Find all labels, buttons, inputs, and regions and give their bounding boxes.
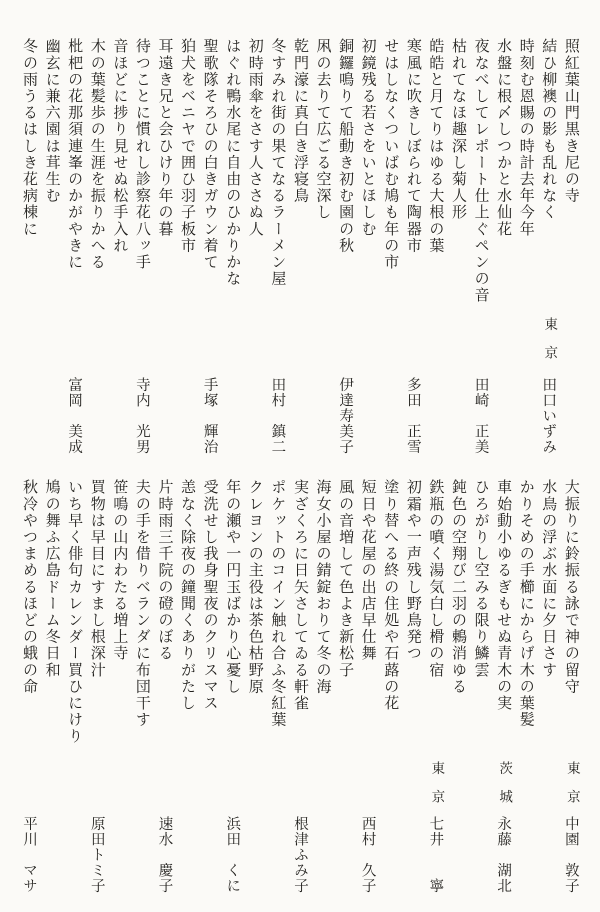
haiku-text: 塗り替へる終の住処や石蕗の花 <box>382 479 398 711</box>
haiku-text: 音ほどに捗り見せぬ松手入れ <box>111 38 127 254</box>
poem-column: 塗り替へる終の住処や石蕗の花 <box>382 456 398 912</box>
poem-column: 笹鳴の山内わたる増上寺 <box>111 456 127 912</box>
haiku-text: クレヨンの主役は茶色枯野原 <box>247 479 263 695</box>
poem-column: 枯れてなほ趣深し菊人形 <box>450 0 466 456</box>
haiku-text: 時刻む恩賜の時計去年今年 <box>518 38 534 237</box>
poem-column: 枇杷の花那須連峯のかがやきに富岡 美成 <box>66 0 82 456</box>
author-name: 平川 マサ <box>21 816 37 894</box>
poem-column: 水盤に根〆しつかと水仙花 <box>495 0 511 456</box>
poem-column: 初時雨傘をさす人ささぬ人 <box>247 0 263 456</box>
haiku-text: かりそめの手櫛にからげ木の葉髪 <box>518 479 534 728</box>
haiku-text: ポケットのコイン触れ合ふ冬紅葉 <box>269 479 285 728</box>
haiku-text: 大振りに鈴振る詠で神の留守 <box>563 479 579 695</box>
haiku-text: ひろがりし空みる限り鱗雲 <box>473 479 489 678</box>
haiku-text: 凩の去りて広ごる空深し <box>315 38 331 221</box>
author-name: 永藤 湖北 <box>495 816 511 894</box>
poem-column: 車始動小ゆるぎもせぬ青木の実茨城永藤 湖北 <box>495 456 511 912</box>
haiku-text: 待つことに慣れし診察花八ッ手 <box>134 38 150 270</box>
haiku-text: 幽玄に兼六園は茸生む <box>44 38 60 204</box>
scanned-haiku-page: 照紅葉山門黒き尼の寺結ひ柳襖の影も乱れなく東京田口いずみ時刻む恩賜の時計去年今年… <box>0 0 600 912</box>
haiku-text: 結ひ柳襖の影も乱れなく <box>540 38 556 221</box>
haiku-text: 恙なく除夜の鐘聞くありがたし <box>179 479 195 711</box>
author-name: 伊達寿美子 <box>337 377 353 455</box>
haiku-text: 受洗せし我身聖夜のクリスマス <box>202 479 218 711</box>
author-name: 浜田 くに <box>224 816 240 894</box>
poem-column: 鈍色の空翔び二羽の鶇消ゆる <box>450 456 466 912</box>
author-prefecture: 茨城 <box>496 761 512 818</box>
poem-column: クレヨンの主役は茶色枯野原 <box>247 456 263 912</box>
poem-column: 秋冷やつまめるほどの蛾の命平川 マサ <box>21 456 37 912</box>
haiku-text: 初鏡残る若さをいとほしむ <box>360 38 376 237</box>
author-name: 根津ふみ子 <box>292 816 308 894</box>
haiku-text: 木の葉髪歩の生涯を振りかへる <box>89 38 105 270</box>
haiku-text: 水盤に根〆しつかと水仙花 <box>495 38 511 237</box>
haiku-text: せはしなくついばむ鳩も年の市 <box>382 38 398 270</box>
author-prefecture: 東京 <box>564 761 580 818</box>
poem-column: 初霜や一声残し野鳥発つ <box>405 456 421 912</box>
haiku-band-lower: 大振りに鈴振る詠で神の留守東京中園 敦子水鳥の浮ぶ水面に夕日さすかりそめの手櫛に… <box>0 456 600 912</box>
poem-column: 大振りに鈴振る詠で神の留守東京中園 敦子 <box>563 456 579 912</box>
author-name: 中園 敦子 <box>563 816 579 894</box>
haiku-text: 鈍色の空翔び二羽の鶇消ゆる <box>450 479 466 695</box>
poem-column: 寒風に吹きしぼられて陶器市多田 正雪 <box>405 0 421 456</box>
poem-column: 聖歌隊そろひの白きガウン着て手塚 輝治 <box>202 0 218 456</box>
poem-column: ポケットのコイン触れ合ふ冬紅葉 <box>269 456 285 912</box>
haiku-text: 海女小屋の錆錠おりて冬の海 <box>315 479 331 695</box>
haiku-text: 夫の手を借りベランダに布団干す <box>134 479 150 728</box>
poem-column: 片時雨三千院の磴のぼる速水 慶子 <box>156 456 172 912</box>
poem-column: 幽玄に兼六園は茸生む <box>44 0 60 456</box>
author-name: 速水 慶子 <box>156 816 172 894</box>
haiku-text: 初時雨傘をさす人ささぬ人 <box>247 38 263 237</box>
author-name: 田口いずみ <box>540 377 556 455</box>
haiku-text: いち早く俳句カレンダー買ひにけり <box>66 479 82 745</box>
haiku-text: 枯れてなほ趣深し菊人形 <box>450 38 466 221</box>
haiku-text: 耳遠き兄と会ひけり年の暮 <box>156 38 172 237</box>
poem-column: 冬の雨うるはしき花病棟に <box>21 0 37 456</box>
poem-column: 狛犬をベニヤで囲ひ羽子板市 <box>179 0 195 456</box>
haiku-text: 照紅葉山門黒き尼の寺 <box>563 38 579 204</box>
author-prefecture: 東京 <box>428 761 444 818</box>
poem-column: 耳遠き兄と会ひけり年の暮 <box>156 0 172 456</box>
poem-column: 海女小屋の錆錠おりて冬の海 <box>315 456 331 912</box>
haiku-text: 初霜や一声残し野鳥発つ <box>405 479 421 662</box>
poem-column: 待つことに慣れし診察花八ッ手寺内 光男 <box>134 0 150 456</box>
poem-column: 銅鑼鳴りて船動き初む園の秋伊達寿美子 <box>337 0 353 456</box>
poem-column: 皓皓と月てりはゆる大根の葉 <box>427 0 443 456</box>
haiku-text: 秋冷やつまめるほどの蛾の命 <box>21 479 37 695</box>
haiku-text: 片時雨三千院の磴のぼる <box>156 479 172 662</box>
haiku-text: 狛犬をベニヤで囲ひ羽子板市 <box>179 38 195 254</box>
haiku-text: 冬すみれ街の果てなるラーメン屋 <box>269 38 285 287</box>
haiku-text: 笹鳴の山内わたる増上寺 <box>111 479 127 662</box>
author-name: 手塚 輝治 <box>202 377 218 455</box>
haiku-text: 寒風に吹きしぼられて陶器市 <box>405 38 421 254</box>
haiku-text: 聖歌隊そろひの白きガウン着て <box>202 38 218 270</box>
poem-column: 初鏡残る若さをいとほしむ <box>360 0 376 456</box>
poem-column: 音ほどに捗り見せぬ松手入れ <box>111 0 127 456</box>
poem-column: 凩の去りて広ごる空深し <box>315 0 331 456</box>
poem-column: いち早く俳句カレンダー買ひにけり <box>66 456 82 912</box>
poem-column: 水鳥の浮ぶ水面に夕日さす <box>540 456 556 912</box>
poem-column: 鉄瓶の噴く湯気白し榾の宿東京七井 寧 <box>427 456 443 912</box>
poem-column: せはしなくついばむ鳩も年の市 <box>382 0 398 456</box>
poem-column: 照紅葉山門黒き尼の寺 <box>563 0 579 456</box>
poem-column: 恙なく除夜の鐘聞くありがたし <box>179 456 195 912</box>
poem-column: 時刻む恩賜の時計去年今年 <box>518 0 534 456</box>
poem-column: 夜なべしてレポート仕上ぐペンの音田崎 正美 <box>473 0 489 456</box>
poem-column: 実ざくろに日矢さしてゐる軒雀根津ふみ子 <box>292 456 308 912</box>
poem-column: 風の音増して色よき新松子 <box>337 456 353 912</box>
poem-column: はぐれ鴨水尾に自由のひかりかな <box>224 0 240 456</box>
poem-column: ひろがりし空みる限り鱗雲 <box>473 456 489 912</box>
author-name: 原田トミ子 <box>89 816 105 894</box>
author-name: 西村 久子 <box>360 816 376 894</box>
poem-column: 買物は早目にすまし根深汁原田トミ子 <box>89 456 105 912</box>
author-name: 寺内 光男 <box>134 377 150 455</box>
haiku-band-upper: 照紅葉山門黒き尼の寺結ひ柳襖の影も乱れなく東京田口いずみ時刻む恩賜の時計去年今年… <box>0 0 600 456</box>
haiku-text: 車始動小ゆるぎもせぬ青木の実 <box>495 479 511 711</box>
author-name: 七井 寧 <box>427 816 443 894</box>
haiku-text: 枇杷の花那須連峯のかがやきに <box>66 38 82 270</box>
haiku-text: 水鳥の浮ぶ水面に夕日さす <box>540 479 556 678</box>
poem-column: 年の瀬や一円玉ばかり心憂し浜田 くに <box>224 456 240 912</box>
author-name: 田村 鎮二 <box>269 377 285 455</box>
poem-column: 木の葉髪歩の生涯を振りかへる <box>89 0 105 456</box>
poem-column: 鳩の舞ふ広島ドーム冬日和 <box>44 456 60 912</box>
author-name: 田崎 正美 <box>473 377 489 455</box>
author-name: 多田 正雪 <box>405 377 421 455</box>
poem-column: 受洗せし我身聖夜のクリスマス <box>202 456 218 912</box>
haiku-text: 銅鑼鳴りて船動き初む園の秋 <box>337 38 353 254</box>
haiku-text: 鉄瓶の噴く湯気白し榾の宿 <box>427 479 443 678</box>
author-name: 富岡 美成 <box>66 377 82 455</box>
haiku-text: 風の音増して色よき新松子 <box>337 479 353 678</box>
author-prefecture: 東京 <box>541 317 557 374</box>
poem-column: 夫の手を借りベランダに布団干す <box>134 456 150 912</box>
haiku-text: 年の瀬や一円玉ばかり心憂し <box>224 479 240 695</box>
haiku-text: 買物は早目にすまし根深汁 <box>89 479 105 678</box>
haiku-text: 短日や花屋の出店早仕舞 <box>360 479 376 662</box>
poem-column: 短日や花屋の出店早仕舞西村 久子 <box>360 456 376 912</box>
haiku-text: 夜なべしてレポート仕上ぐペンの音 <box>473 38 489 304</box>
haiku-text: 皓皓と月てりはゆる大根の葉 <box>427 38 443 254</box>
poem-column: 乾門濠に真白き浮寝鳥 <box>292 0 308 456</box>
haiku-text: 実ざくろに日矢さしてゐる軒雀 <box>292 479 308 711</box>
haiku-text: はぐれ鴨水尾に自由のひかりかな <box>224 38 240 287</box>
haiku-text: 鳩の舞ふ広島ドーム冬日和 <box>44 479 60 678</box>
haiku-text: 乾門濠に真白き浮寝鳥 <box>292 38 308 204</box>
poem-column: 結ひ柳襖の影も乱れなく東京田口いずみ <box>540 0 556 456</box>
poem-column: かりそめの手櫛にからげ木の葉髪 <box>518 456 534 912</box>
poem-column: 冬すみれ街の果てなるラーメン屋田村 鎮二 <box>269 0 285 456</box>
haiku-text: 冬の雨うるはしき花病棟に <box>21 38 37 237</box>
